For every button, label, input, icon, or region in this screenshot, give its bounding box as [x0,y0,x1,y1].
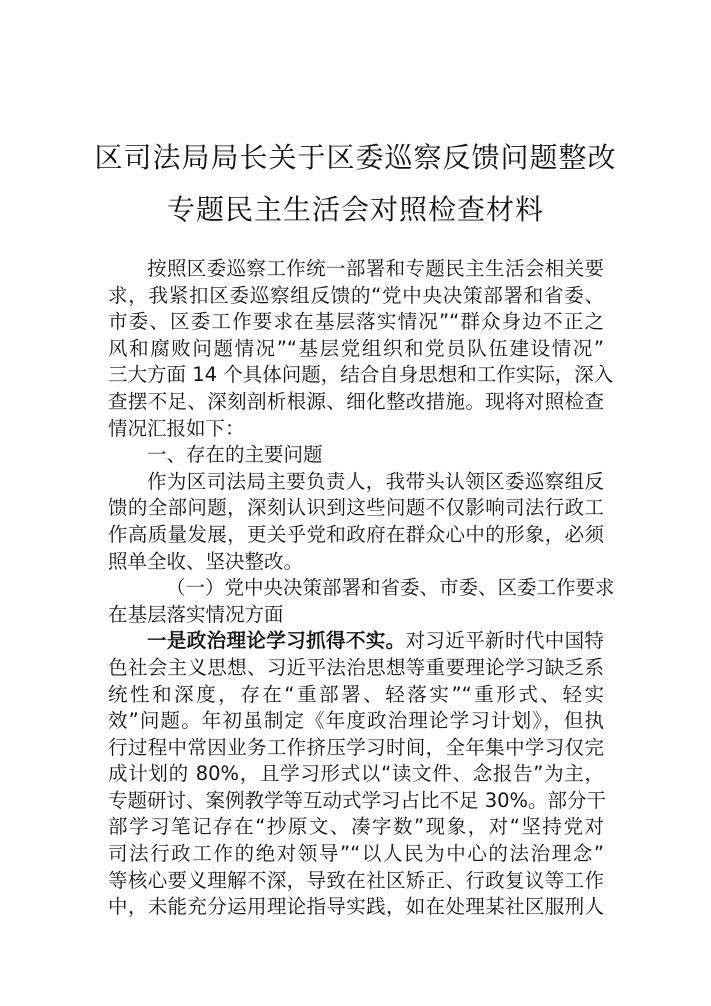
paragraph-line: 统性和深度，存在“重部署、轻落实”“重形式、轻实 [108,682,604,709]
paragraph-line: 行过程中常因业务工作挤压学习时间，全年集中学习仅完 [108,735,604,762]
document-title-line-2: 专题民主生活会对照检查材料 [0,193,711,227]
point-lead: 一是政治理论学习抓得不实。 [147,629,406,652]
paragraph-line: 成计划的 80%，且学习形式以“读文件、念报告”为主， [108,761,604,788]
paragraph-line: 作高质量发展，更关乎党和政府在群众心中的形象，必须 [108,522,604,549]
paragraph-line: 一是政治理论学习抓得不实。对习近平新时代中国特 [108,628,604,655]
paragraph-line: 效”问题。年初虽制定《年度政治理论学习计划》，但执 [108,708,604,735]
paragraph-line: 三大方面 14 个具体问题，结合自身思想和工作实际，深入 [108,362,604,389]
subsection-heading-cont: 在基层落实情况方面 [108,602,604,629]
document-page: 区司法局局长关于区委巡察反馈问题整改 专题民主生活会对照检查材料 按照区委巡察工… [0,0,711,1006]
paragraph-line: 求，我紧扣区委巡察组反馈的“党中央决策部署和省委、 [108,283,604,310]
paragraph-line: 色社会主义思想、习近平法治思想等重要理论学习缺乏系 [108,655,604,682]
paragraph-line: 风和腐败问题情况”“基层党组织和党员队伍建设情况” [108,336,604,363]
paragraph-line: 司法行政工作的绝对领导”“以人民为中心的法治理念” [108,841,604,868]
paragraph-line: 按照区委巡察工作统一部署和专题民主生活会相关要 [108,256,604,283]
paragraph-line: 作为区司法局主要负责人，我带头认领区委巡察组反 [108,469,604,496]
paragraph-line: 查摆不足、深刻剖析根源、细化整改措施。现将对照检查 [108,389,604,416]
paragraph-line: 等核心要义理解不深，导致在社区矫正、行政复议等工作 [108,868,604,895]
document-body: 按照区委巡察工作统一部署和专题民主生活会相关要 求，我紧扣区委巡察组反馈的“党中… [108,256,604,921]
section-heading: 一、存在的主要问题 [108,442,604,469]
paragraph-line: 市委、区委工作要求在基层落实情况”“群众身边不正之 [108,309,604,336]
paragraph-line: 馈的全部问题，深刻认识到这些问题不仅影响司法行政工 [108,495,604,522]
paragraph-line: 情况汇报如下： [108,416,604,443]
subsection-heading: （一）党中央决策部署和省委、市委、区委工作要求 [108,575,604,602]
document-title-line-1: 区司法局局长关于区委巡察反馈问题整改 [0,141,711,175]
paragraph-line: 照单全收、坚决整改。 [108,549,604,576]
paragraph-line: 专题研讨、案例教学等互动式学习占比不足 30%。部分干 [108,788,604,815]
paragraph-line: 部学习笔记存在“抄原文、凑字数”现象，对“坚持党对 [108,814,604,841]
paragraph-line: 中，未能充分运用理论指导实践，如在处理某社区服刑人 [108,894,604,921]
